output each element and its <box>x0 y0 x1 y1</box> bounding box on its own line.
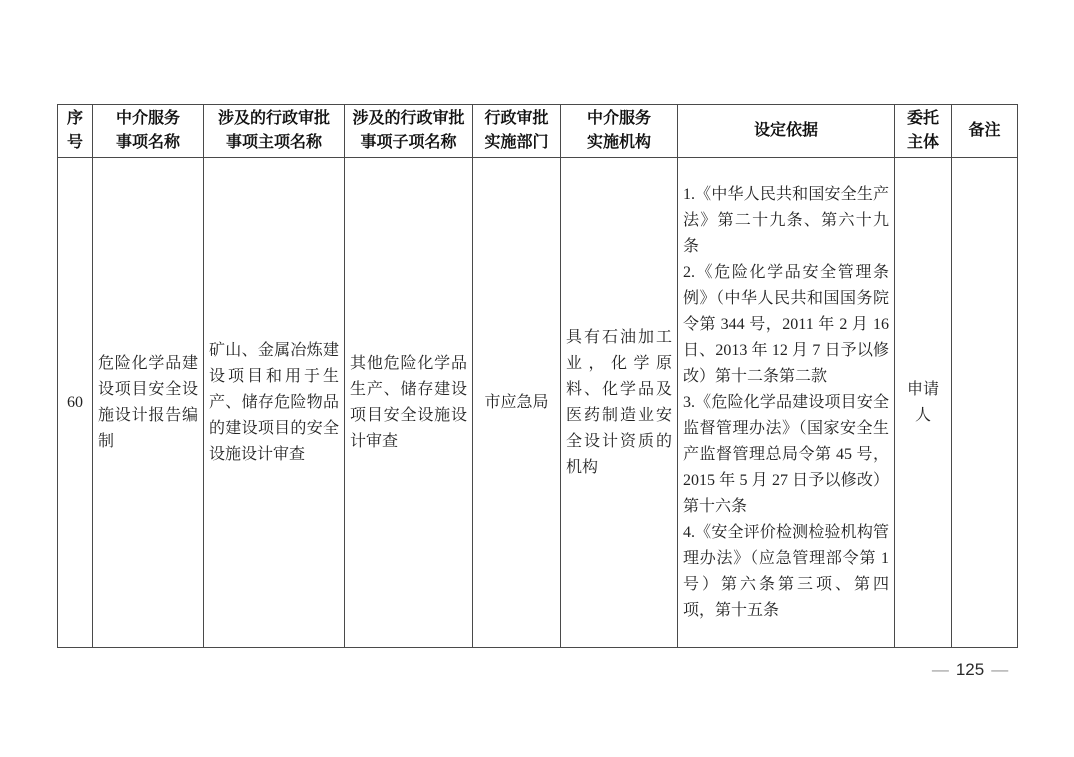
header-service-name: 中介服务 事项名称 <box>93 105 204 158</box>
cell-service-agency: 具有石油加工业，化学原料、化学品及医药制造业安全设计资质的机构 <box>561 158 678 648</box>
page-number: 125 <box>956 660 984 679</box>
header-approval-department: 行政审批 实施部门 <box>473 105 561 158</box>
table-row: 60 危险化学品建设项目安全设施设计报告编制 矿山、金属冶炼建设项目和用于生产、… <box>58 158 1018 648</box>
cell-legal-basis: 1.《中华人民共和国安全生产法》第二十九条、第六十九条 2.《危险化学品安全管理… <box>678 158 895 648</box>
footer-left-dash: — <box>932 660 949 679</box>
cell-remarks <box>952 158 1018 648</box>
table-header-row: 序 号 中介服务 事项名称 涉及的行政审批 事项主项名称 涉及的行政审批 事项子… <box>58 105 1018 158</box>
header-remarks: 备注 <box>952 105 1018 158</box>
header-seq: 序 号 <box>58 105 93 158</box>
footer-right-dash: — <box>991 660 1008 679</box>
cell-service-name: 危险化学品建设项目安全设施设计报告编制 <box>93 158 204 648</box>
cell-principal: 申请人 <box>895 158 952 648</box>
cell-approval-main-item: 矿山、金属冶炼建设项目和用于生产、储存危险物品的建设项目的安全设施设计审查 <box>204 158 345 648</box>
header-approval-sub-item: 涉及的行政审批 事项子项名称 <box>345 105 473 158</box>
header-principal: 委托 主体 <box>895 105 952 158</box>
header-approval-main-item: 涉及的行政审批 事项主项名称 <box>204 105 345 158</box>
cell-seq: 60 <box>58 158 93 648</box>
cell-approval-department: 市应急局 <box>473 158 561 648</box>
intermediary-services-table: 序 号 中介服务 事项名称 涉及的行政审批 事项主项名称 涉及的行政审批 事项子… <box>57 104 1018 648</box>
header-legal-basis: 设定依据 <box>678 105 895 158</box>
cell-approval-sub-item: 其他危险化学品生产、储存建设项目安全设施设计审查 <box>345 158 473 648</box>
header-service-agency: 中介服务 实施机构 <box>561 105 678 158</box>
page-footer: —125— <box>900 659 1040 681</box>
